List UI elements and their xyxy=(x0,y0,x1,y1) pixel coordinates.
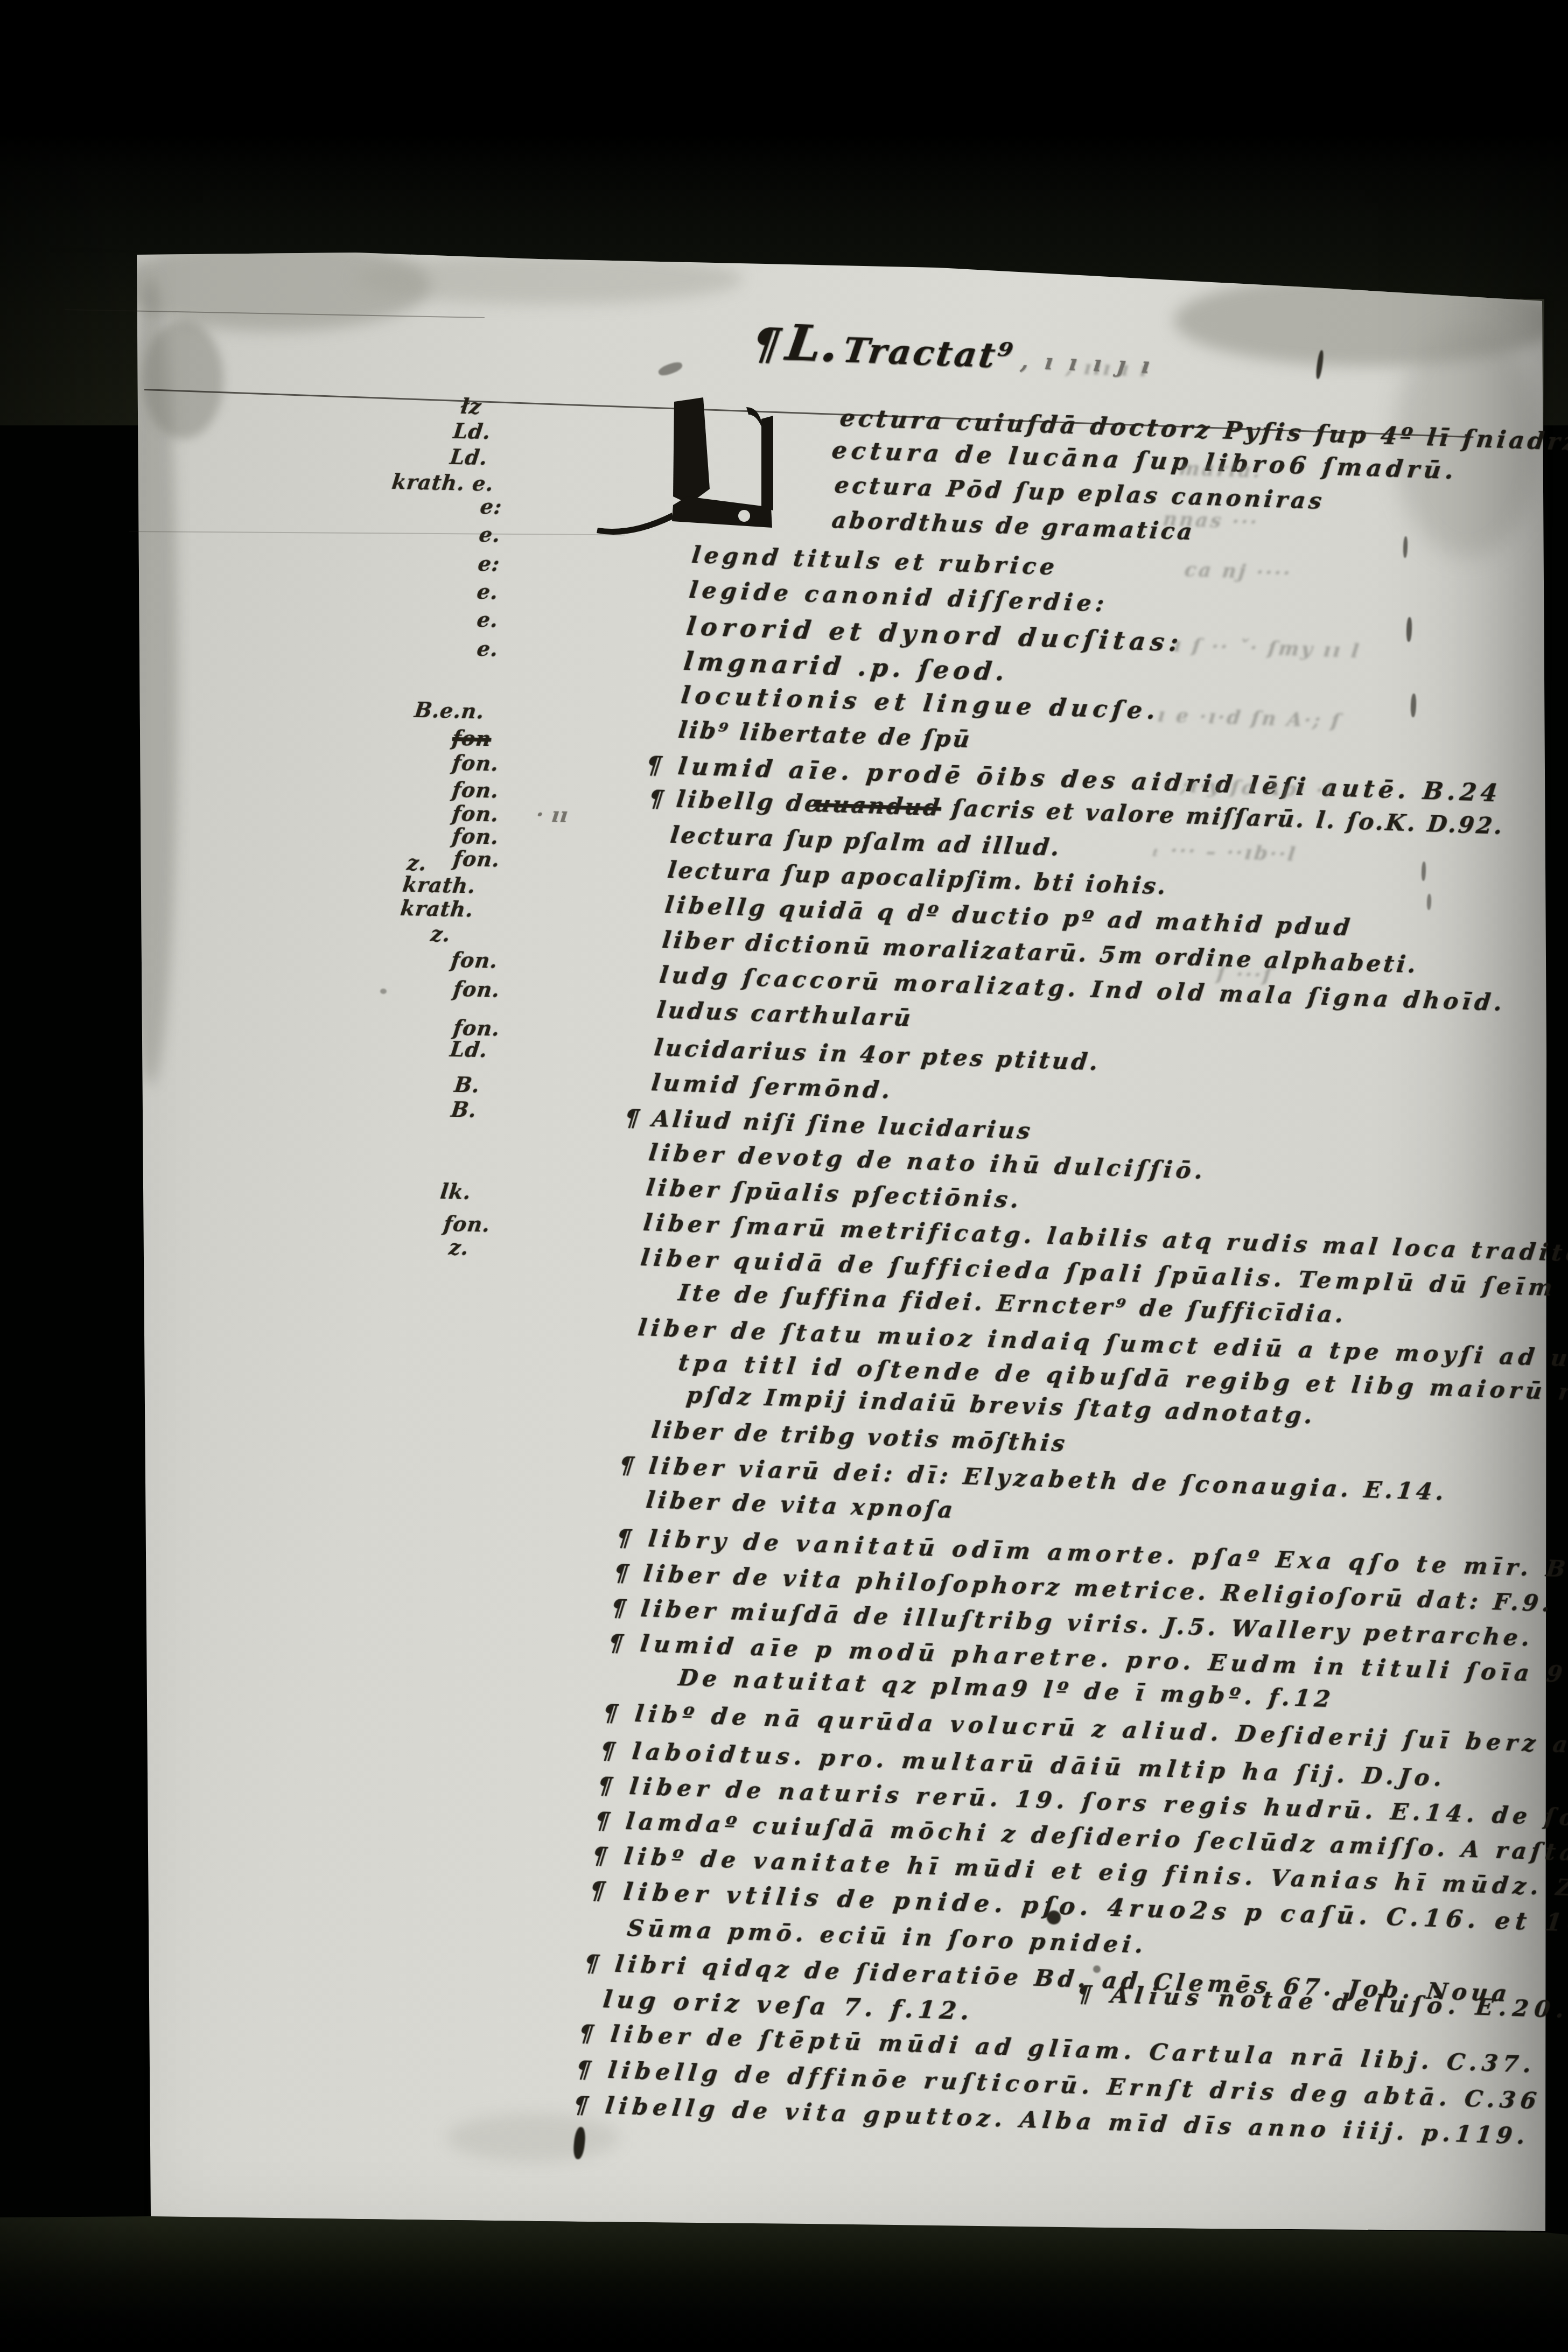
ink-speck xyxy=(1093,1965,1101,1973)
ink-speck xyxy=(572,2126,586,2160)
manuscript-photo: ¶L.Tractat⁹, ı ı ı ȷ ı łzLd.Ld.krath. e.… xyxy=(0,0,1568,2352)
ink-speck xyxy=(1421,862,1426,881)
ink-speck xyxy=(1047,1910,1061,1924)
ink-speck xyxy=(380,989,387,994)
ink-speck xyxy=(1410,694,1417,717)
ink-speck xyxy=(1403,536,1408,558)
ink-speck xyxy=(1426,894,1431,910)
ink-speck xyxy=(1315,350,1324,380)
ink-speck xyxy=(1406,617,1412,642)
ink-specks-layer xyxy=(0,0,1568,2352)
ink-speck xyxy=(657,360,683,378)
